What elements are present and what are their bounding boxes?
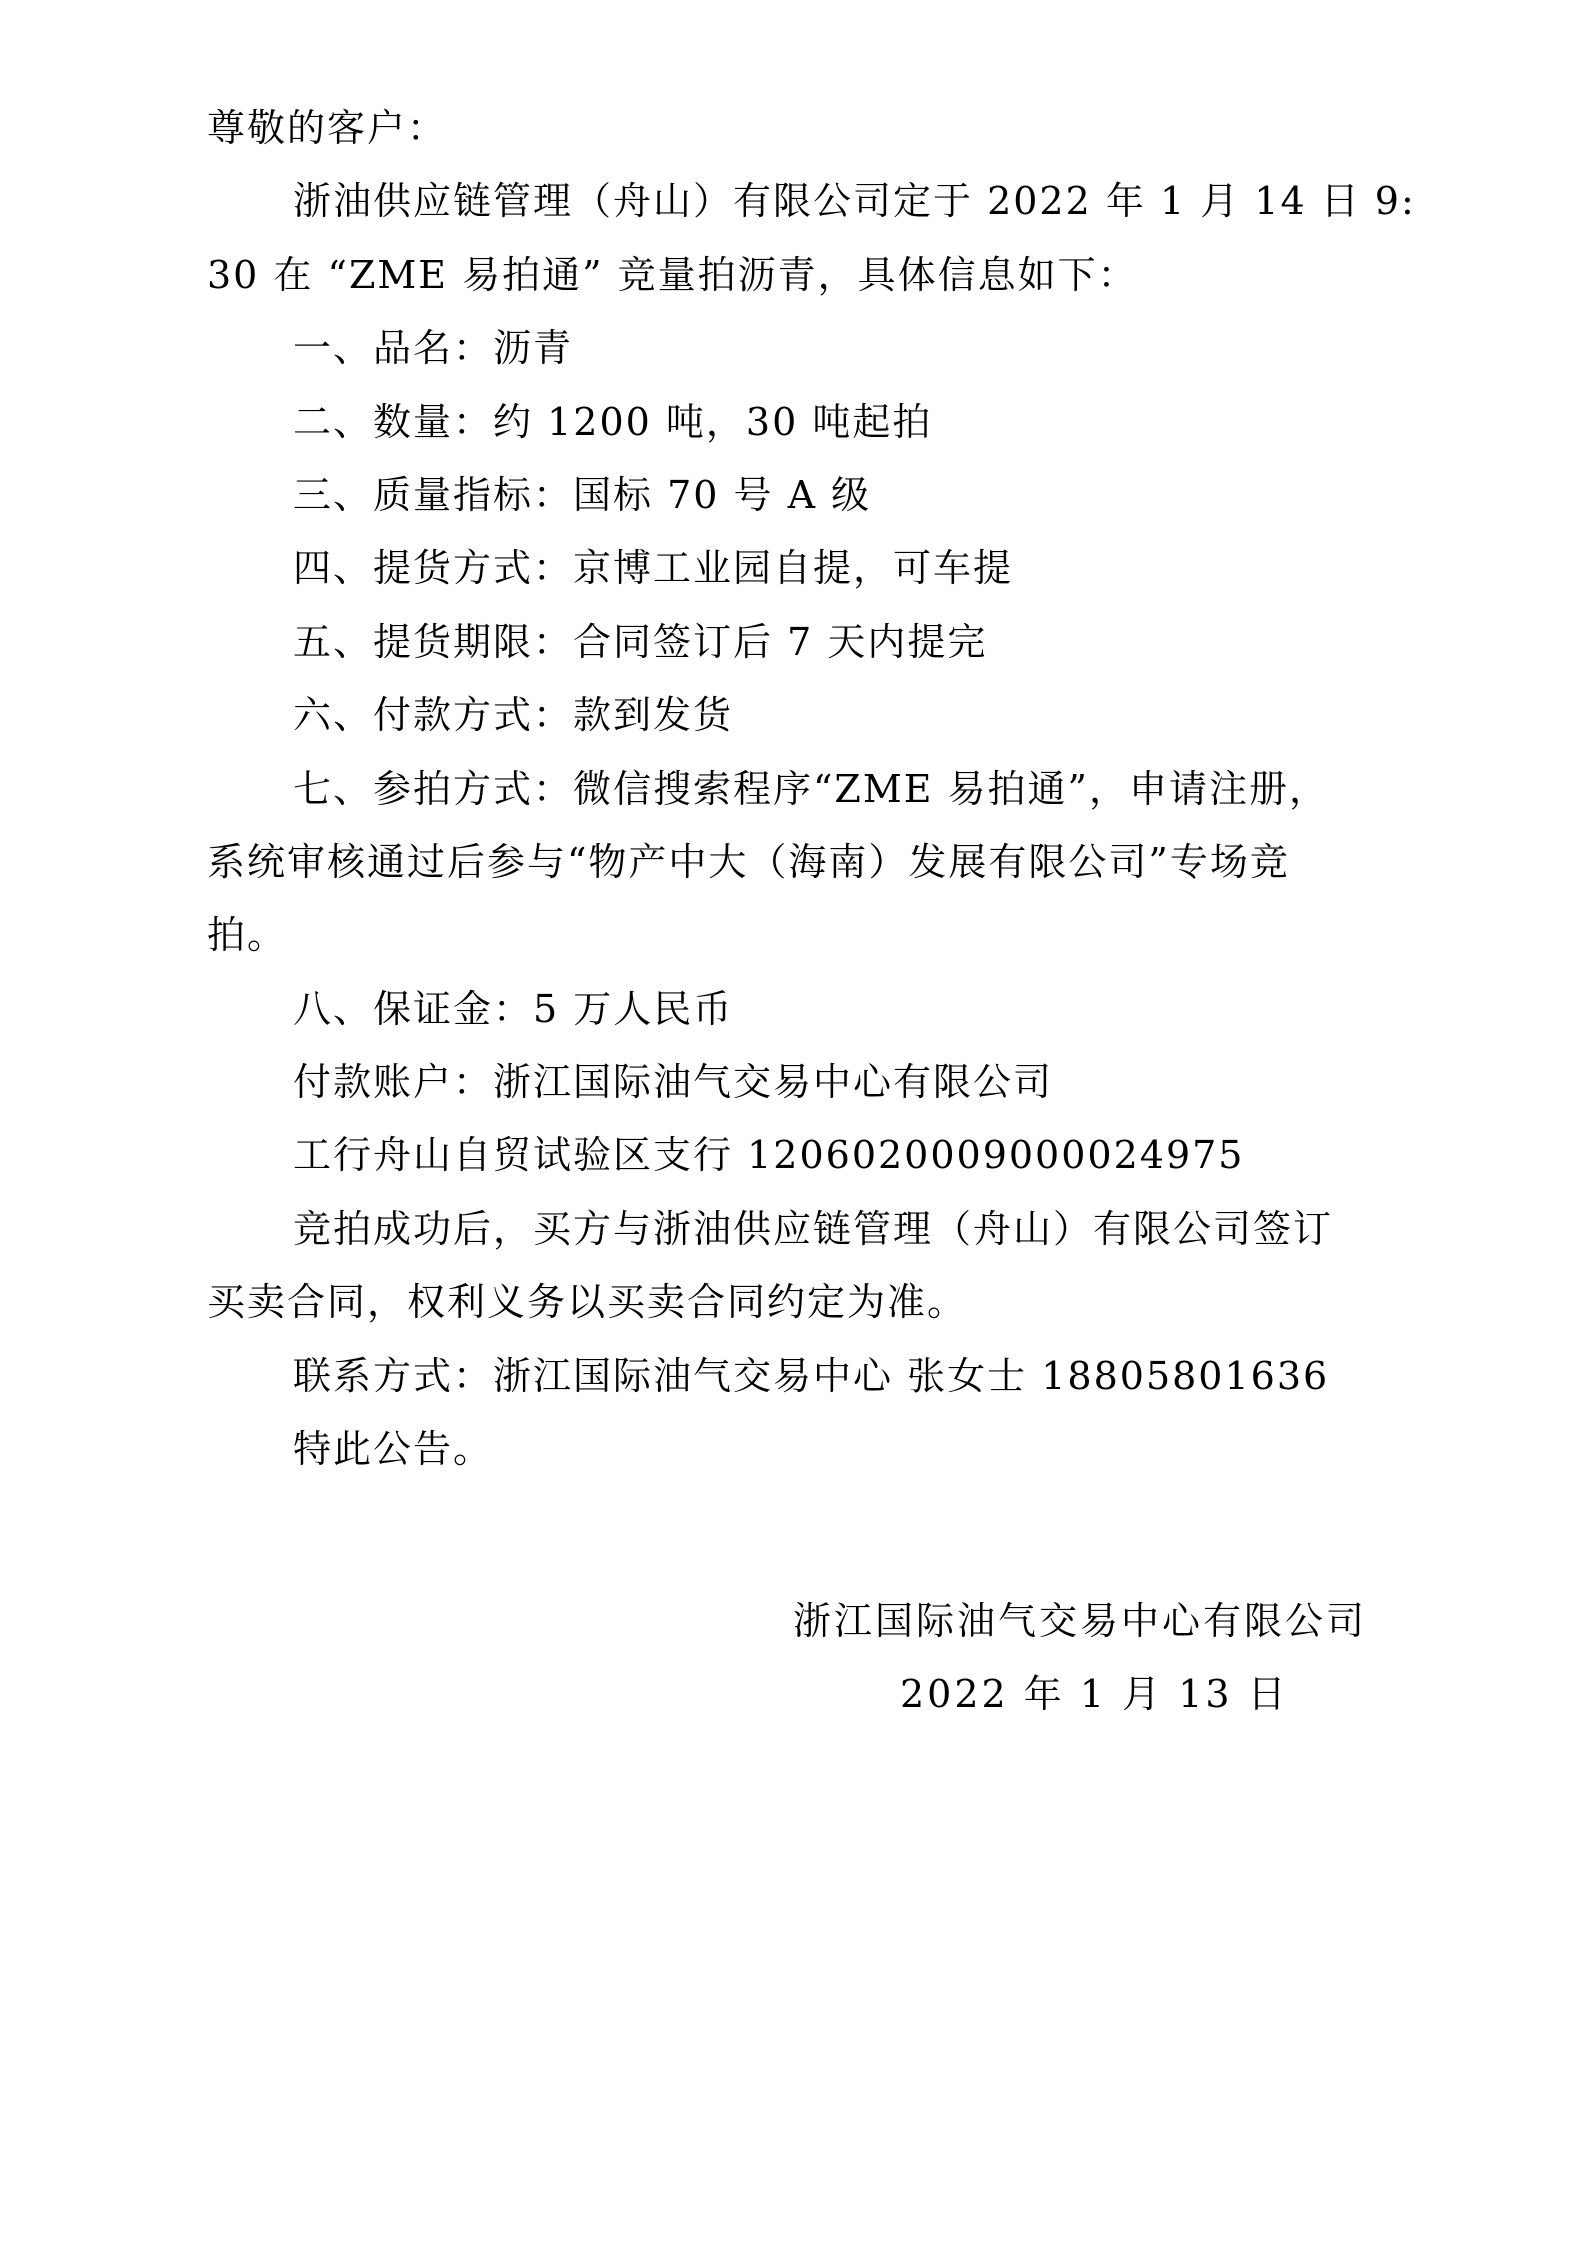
item-label: 付款方式： [373, 693, 573, 737]
item-label: 质量指标： [373, 473, 573, 517]
contact-phone: 18805801636 [1041, 1354, 1329, 1398]
item-label: 数量： [373, 400, 493, 444]
closing-line-2: 买卖合同，权利义务以买卖合同约定为准。 [207, 1266, 1382, 1339]
item-number: 一、 [293, 326, 373, 370]
payment-account-name: 付款账户：浙江国际油气交易中心有限公司 [207, 1046, 1382, 1119]
item-value: 京博工业园自提，可车提 [573, 546, 1013, 590]
intro-line-2: 30 在 “ZME 易拍通” 竞量拍沥青，具体信息如下： [207, 239, 1382, 312]
item-value: 约 1200 吨，30 吨起拍 [493, 400, 932, 444]
payment-bank-line: 工行舟山自贸试验区支行 1206020009000024975 [207, 1119, 1382, 1192]
item-number: 八、 [293, 987, 373, 1031]
item-label: 提货方式： [373, 546, 573, 590]
intro-line-1: 浙油供应链管理（舟山）有限公司定于 2022 年 1 月 14 日 9: [207, 165, 1382, 238]
contact-organization: 浙江国际油气交易中心 [493, 1354, 893, 1398]
salutation: 尊敬的客户： [207, 92, 1382, 165]
payment-account-label: 付款账户： [293, 1060, 493, 1104]
contact-line: 联系方式：浙江国际油气交易中心 张女士 18805801636 [207, 1340, 1382, 1413]
item-delivery-method: 四、提货方式：京博工业园自提，可车提 [207, 532, 1382, 605]
item-quantity: 二、数量：约 1200 吨，30 吨起拍 [207, 386, 1382, 459]
payment-account-holder: 浙江国际油气交易中心有限公司 [493, 1060, 1053, 1104]
item-value: 5 万人民币 [533, 987, 733, 1031]
item-participation-line-3: 拍。 [207, 899, 1382, 972]
contact-label: 联系方式： [293, 1354, 493, 1398]
bank-name: 工行舟山自贸试验区支行 [293, 1133, 733, 1177]
item-payment-method: 六、付款方式：款到发货 [207, 679, 1382, 752]
item-label: 品名： [373, 326, 493, 370]
item-product-name: 一、品名：沥青 [207, 312, 1382, 385]
item-delivery-period: 五、提货期限：合同签订后 7 天内提完 [207, 606, 1382, 679]
account-number: 1206020009000024975 [747, 1133, 1244, 1177]
item-number: 四、 [293, 546, 373, 590]
item-value: 款到发货 [573, 693, 733, 737]
item-participation-line-1: 七、参拍方式：微信搜索程序“ZME 易拍通”，申请注册， [207, 753, 1382, 826]
item-value: 合同签订后 7 天内提完 [573, 620, 987, 664]
item-label: 保证金： [373, 987, 533, 1031]
item-value: 国标 70 号 A 级 [573, 473, 871, 517]
document-body: 尊敬的客户： 浙油供应链管理（舟山）有限公司定于 2022 年 1 月 14 日… [207, 92, 1382, 1486]
item-number: 二、 [293, 400, 373, 444]
item-label: 提货期限： [373, 620, 573, 664]
document-page: 尊敬的客户： 浙油供应链管理（舟山）有限公司定于 2022 年 1 月 14 日… [0, 0, 1587, 2245]
item-deposit: 八、保证金：5 万人民币 [207, 973, 1382, 1046]
item-number: 六、 [293, 693, 373, 737]
closing-line-1: 竞拍成功后，买方与浙油供应链管理（舟山）有限公司签订 [207, 1193, 1382, 1266]
item-number: 三、 [293, 473, 373, 517]
signature-date: 2022 年 1 月 13 日 [900, 1658, 1289, 1731]
notice-end: 特此公告。 [207, 1413, 1382, 1486]
item-participation-line-2: 系统审核通过后参与“物产中大（海南）发展有限公司”专场竞 [207, 826, 1382, 899]
contact-person: 张女士 [907, 1354, 1027, 1398]
signature-organization: 浙江国际油气交易中心有限公司 [793, 1585, 1367, 1658]
item-value: 沥青 [493, 326, 573, 370]
item-quality: 三、质量指标：国标 70 号 A 级 [207, 459, 1382, 532]
item-number: 五、 [293, 620, 373, 664]
